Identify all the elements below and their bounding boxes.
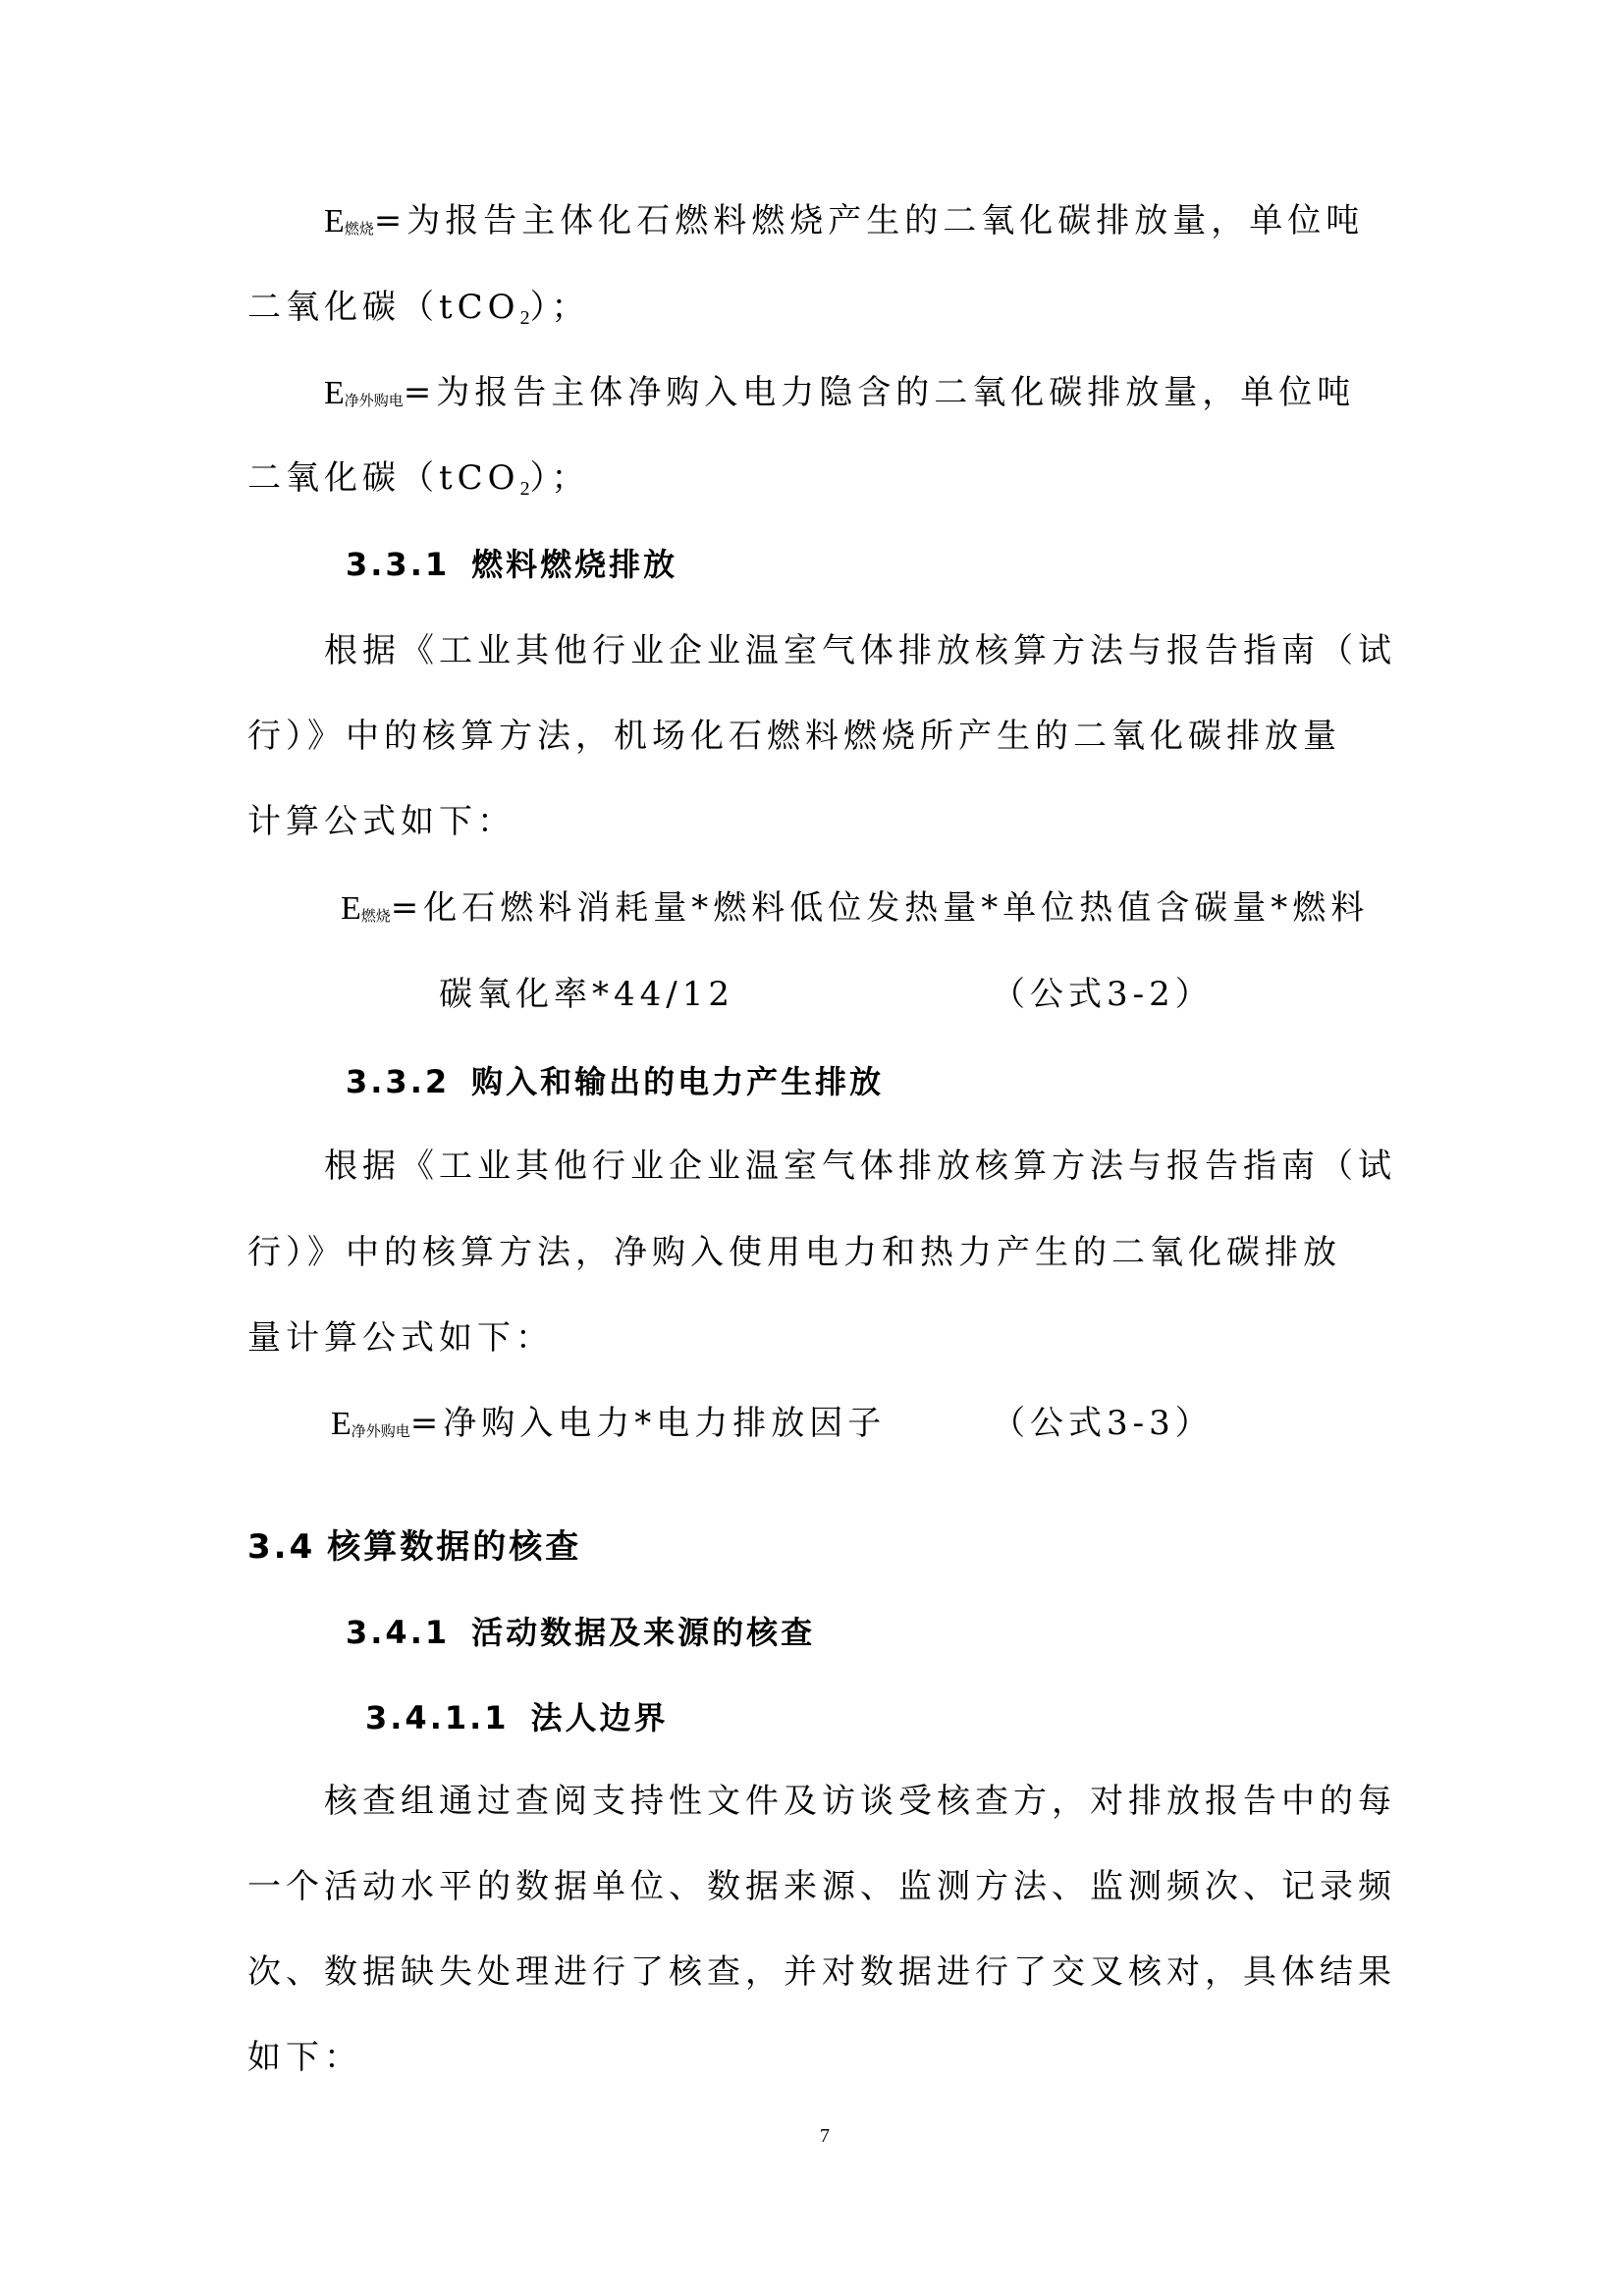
paragraph-3-4-1-1-line1: 核查组通过查阅支持性文件及访谈受核查方，对排放报告中的每 xyxy=(324,1782,1396,1821)
formula-text: =净购入电力*电力排放因子 xyxy=(410,1404,887,1443)
heading-3-4-1-1: 3.4.1.1法人边界 xyxy=(365,1698,669,1737)
subscript: 燃烧 xyxy=(361,907,391,925)
heading-3-3-1: 3.3.1燃料燃烧排放 xyxy=(346,545,677,584)
subscript: 燃烧 xyxy=(345,220,374,238)
heading-number: 3.3.2 xyxy=(346,1063,450,1100)
unit-text: 二氧化碳（tCO xyxy=(247,458,520,498)
symbol: E xyxy=(341,890,361,927)
definition-text: =为报告主体化石燃料燃烧产生的二氧化碳排放量，单位吨 xyxy=(374,201,1365,240)
paragraph-3-4-1-1-line3: 次、数据缺失处理进行了核查，并对数据进行了交叉核对，具体结果 xyxy=(247,1952,1396,1992)
paragraph-3-4-1-1-line4: 如下： xyxy=(247,2038,362,2077)
heading-number: 3.4 xyxy=(247,1527,315,1567)
paragraph-3-3-2-line2: 行）》中的核算方法，净购入使用电力和热力产生的二氧化碳排放 xyxy=(247,1233,1341,1272)
paragraph-3-3-1-line3: 计算公式如下： xyxy=(247,802,515,841)
unit-text: 二氧化碳（tCO xyxy=(247,288,520,327)
subscript: 净外购电 xyxy=(345,392,404,409)
unit-close: ）； xyxy=(530,288,590,327)
paragraph-3-3-2-line3: 量计算公式如下： xyxy=(247,1318,554,1358)
heading-title: 购入和输出的电力产生排放 xyxy=(471,1063,884,1100)
definition-e-combustion-line2: 二氧化碳（tCO2）； xyxy=(247,288,590,338)
heading-title: 法人边界 xyxy=(531,1699,669,1736)
paragraph-3-4-1-1-line2: 一个活动水平的数据单位、数据来源、监测方法、监测频次、记录频 xyxy=(247,1867,1396,1906)
page-number: 7 xyxy=(820,2125,830,2148)
definition-e-combustion-line1: E燃烧=为报告主体化石燃料燃烧产生的二氧化碳排放量，单位吨 xyxy=(324,201,1364,248)
definition-e-purchased-power-line2: 二氧化碳（tCO2）； xyxy=(247,458,590,508)
unit-close: ）； xyxy=(530,458,590,498)
heading-title: 活动数据及来源的核查 xyxy=(471,1614,815,1651)
formula-text: =化石燃料消耗量*燃料低位发热量*单位热值含碳量*燃料 xyxy=(391,888,1370,928)
heading-3-3-2: 3.3.2购入和输出的电力产生排放 xyxy=(346,1062,884,1101)
formula-3-2-line1: E燃烧=化石燃料消耗量*燃料低位发热量*单位热值含碳量*燃料 xyxy=(341,888,1369,935)
heading-3-4-1: 3.4.1活动数据及来源的核查 xyxy=(346,1613,815,1652)
symbol: E xyxy=(331,1406,352,1442)
heading-title: 核算数据的核查 xyxy=(327,1527,581,1567)
symbol: E xyxy=(324,203,345,240)
heading-title: 燃料燃烧排放 xyxy=(471,546,677,583)
formula-3-2-label: （公式3-2） xyxy=(992,975,1214,1014)
heading-number: 3.3.1 xyxy=(346,546,450,583)
heading-number: 3.4.1.1 xyxy=(365,1699,510,1736)
subscript-2: 2 xyxy=(520,307,530,329)
subscript-2: 2 xyxy=(520,478,530,500)
formula-3-3: E净外购电=净购入电力*电力排放因子 xyxy=(331,1404,886,1451)
subscript: 净外购电 xyxy=(352,1422,410,1440)
paragraph-3-3-2-line1: 根据《工业其他行业企业温室气体排放核算方法与报告指南（试 xyxy=(324,1147,1396,1186)
paragraph-3-3-1-line1: 根据《工业其他行业企业温室气体排放核算方法与报告指南（试 xyxy=(324,631,1396,670)
formula-3-3-label: （公式3-3） xyxy=(992,1404,1214,1443)
definition-e-purchased-power-line1: E净外购电=为报告主体净购入电力隐含的二氧化碳排放量，单位吨 xyxy=(324,373,1355,420)
formula-3-2-line2: 碳氧化率*44/12 xyxy=(439,975,734,1014)
heading-number: 3.4.1 xyxy=(346,1614,450,1651)
paragraph-3-3-1-line2: 行）》中的核算方法，机场化石燃料燃烧所产生的二氧化碳排放量 xyxy=(247,717,1341,756)
heading-3-4: 3.4核算数据的核查 xyxy=(247,1527,581,1567)
definition-text: =为报告主体净购入电力隐含的二氧化碳排放量，单位吨 xyxy=(404,373,1356,412)
symbol: E xyxy=(324,375,345,411)
